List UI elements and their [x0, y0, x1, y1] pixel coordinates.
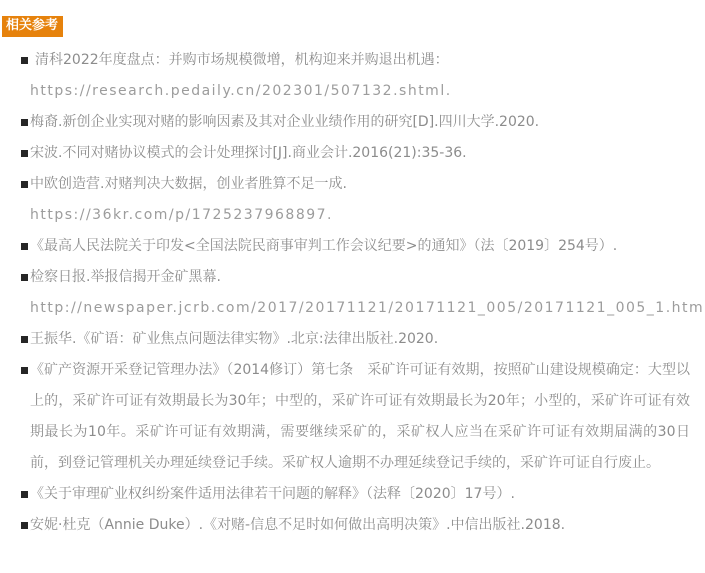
reference-item: 《关于审理矿业权纠纷案件适用法律若干问题的解释》（法释〔2020〕17号）. [0, 479, 705, 510]
references-page: 相关参考 清科2022年度盘点：并购市场规模微增，机构迎来并购退出机遇： htt… [0, 0, 705, 573]
reference-text: 宋波.不同对赌协议模式的会计处理探讨[J].商业会计.2016(21):35-3… [30, 138, 690, 169]
reference-text: 《矿产资源开采登记管理办法》（2014修订）第七条 采矿许可证有效期，按照矿山建… [30, 355, 690, 479]
reference-item: 宋波.不同对赌协议模式的会计处理探讨[J].商业会计.2016(21):35-3… [0, 138, 705, 169]
reference-text: 安妮·杜克（Annie Duke）.《对赌-信息不足时如何做出高明决策》.中信出… [30, 510, 690, 541]
bullet-square-icon [21, 57, 28, 64]
reference-text: 《关于审理矿业权纠纷案件适用法律若干问题的解释》（法释〔2020〕17号）. [30, 479, 690, 510]
reference-list: 清科2022年度盘点：并购市场规模微增，机构迎来并购退出机遇： https://… [0, 45, 705, 541]
reference-item: 中欧创造营.对赌判决大数据，创业者胜算不足一成. https://36kr.co… [0, 169, 705, 231]
bullet-square-icon [21, 367, 28, 374]
reference-item: 王振华.《矿语：矿业焦点问题法律实物》.北京:法律出版社.2020. [0, 324, 705, 355]
reference-url: https://research.pedaily.cn/202301/50713… [30, 76, 690, 107]
bullet-square-icon [21, 243, 28, 250]
bullet-square-icon [21, 522, 28, 529]
reference-text: 检察日报.举报信揭开金矿黑幕. [30, 262, 690, 293]
section-title-badge: 相关参考 [2, 16, 63, 37]
reference-text: 《最高人民法院关于印发<全国法院民商事审判工作会议纪要>的通知》（法〔2019〕… [30, 231, 690, 262]
reference-url: https://36kr.com/p/1725237968897. [30, 200, 690, 231]
bullet-square-icon [21, 336, 28, 343]
bullet-square-icon [21, 274, 28, 281]
reference-item: 清科2022年度盘点：并购市场规模微增，机构迎来并购退出机遇： https://… [0, 45, 705, 107]
reference-item: 梅裔.新创企业实现对赌的影响因素及其对企业业绩作用的研究[D].四川大学.202… [0, 107, 705, 138]
reference-url: http://newspaper.jcrb.com/2017/20171121/… [30, 293, 690, 324]
bullet-square-icon [21, 181, 28, 188]
reference-item: 安妮·杜克（Annie Duke）.《对赌-信息不足时如何做出高明决策》.中信出… [0, 510, 705, 541]
bullet-square-icon [21, 150, 28, 157]
bullet-square-icon [21, 119, 28, 126]
reference-text: 中欧创造营.对赌判决大数据，创业者胜算不足一成. [30, 169, 690, 200]
bullet-square-icon [21, 491, 28, 498]
reference-item: 《矿产资源开采登记管理办法》（2014修订）第七条 采矿许可证有效期，按照矿山建… [0, 355, 705, 479]
reference-item: 检察日报.举报信揭开金矿黑幕. http://newspaper.jcrb.co… [0, 262, 705, 324]
reference-text: 王振华.《矿语：矿业焦点问题法律实物》.北京:法律出版社.2020. [30, 324, 690, 355]
reference-text: 清科2022年度盘点：并购市场规模微增，机构迎来并购退出机遇： [30, 45, 690, 76]
reference-text: 梅裔.新创企业实现对赌的影响因素及其对企业业绩作用的研究[D].四川大学.202… [30, 107, 690, 138]
reference-item: 《最高人民法院关于印发<全国法院民商事审判工作会议纪要>的通知》（法〔2019〕… [0, 231, 705, 262]
